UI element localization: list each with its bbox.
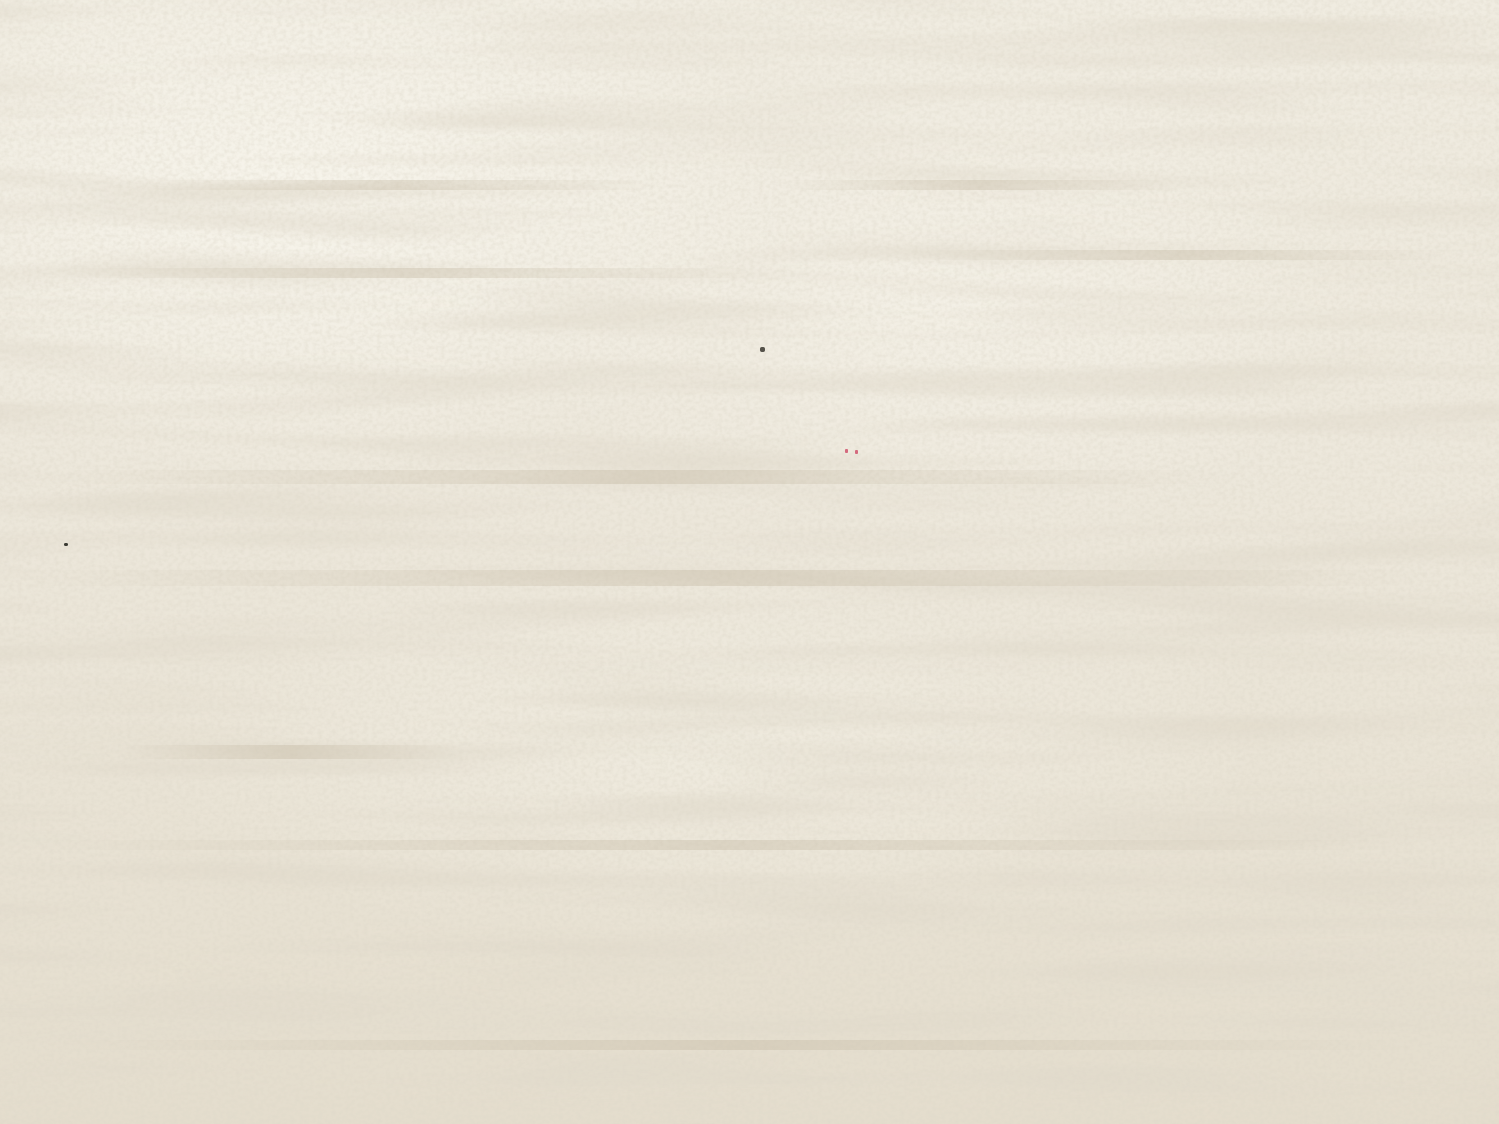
beige-streak [900,250,1460,260]
red-fiber [845,449,859,455]
beige-streak [60,268,760,278]
wool-fiber-texture [0,0,1499,1124]
beige-streak [120,745,460,759]
beige-streak [140,180,660,190]
beige-streak [20,840,1420,850]
carpet-texture-photo [0,0,1499,1124]
dark-speck [64,543,68,546]
dark-speck [760,347,765,352]
beige-streak [780,180,1180,190]
beige-streak [40,470,1240,484]
beige-streak [10,570,1430,586]
beige-streak [40,1040,1440,1050]
